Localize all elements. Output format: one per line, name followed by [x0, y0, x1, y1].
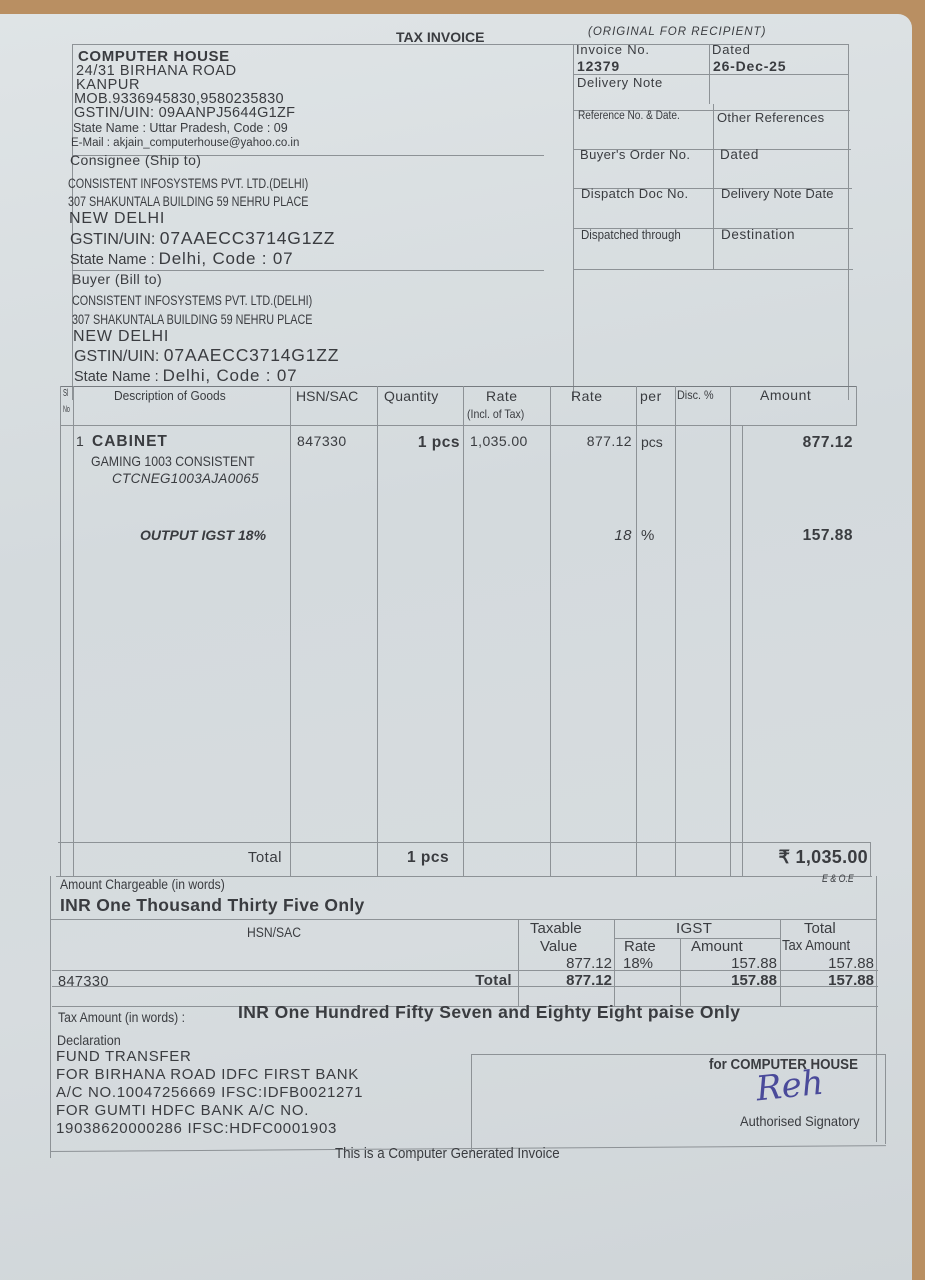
dispatch-doc-label: Dispatch Doc No. — [581, 187, 689, 200]
buyer-state: State Name : Delhi, Code : 07 — [74, 367, 297, 385]
col-rate-incl-sub: (Incl. of Tax) — [467, 408, 524, 420]
delivery-note-label: Delivery Note — [577, 76, 663, 89]
consignee-name: CONSISTENT INFOSYSTEMS PVT. LTD.(DELHI) — [68, 177, 308, 191]
item-rate: 877.12 — [555, 434, 632, 448]
buyer-gstin: GSTIN/UIN: 07AAECC3714G1ZZ — [74, 347, 339, 365]
total-amount: ₹ 1,035.00 — [730, 848, 868, 866]
item-rate-incl: 1,035.00 — [470, 434, 528, 448]
consignee-heading: Consignee (Ship to) — [70, 153, 201, 167]
buyer-name: CONSISTENT INFOSYSTEMS PVT. LTD.(DELHI) — [72, 294, 312, 308]
invoice-no-label: Invoice No. — [576, 43, 650, 56]
tax-row-amount: 157.88 — [682, 956, 777, 971]
col-per: per — [640, 389, 662, 403]
col-hsn: HSN/SAC — [296, 389, 358, 403]
seller-email: E-Mail : akjain_computerhouse@yahoo.co.i… — [71, 138, 299, 150]
eoe-label: E & O.E — [822, 874, 854, 885]
tax-line-per: % — [641, 528, 654, 543]
tax-col-taxable: Taxable — [530, 921, 582, 936]
copy-label: (ORIGINAL FOR RECIPIENT) — [588, 27, 766, 39]
seller-gstin: GSTIN/UIN: 09AANPJ5644G1ZF — [74, 106, 295, 121]
document-title: TAX INVOICE — [396, 30, 484, 44]
consignee-city: NEW DELHI — [69, 211, 165, 227]
consignee-gstin: GSTIN/UIN: 07AAECC3714G1ZZ — [70, 230, 335, 248]
buyer-city: NEW DELHI — [73, 329, 169, 345]
col-amount: Amount — [760, 388, 811, 402]
footer-note: This is a Computer Generated Invoice — [335, 1147, 560, 1162]
col-sl-no: No — [63, 405, 70, 414]
col-sl: Sl — [63, 389, 68, 399]
col-disc: Disc. % — [677, 389, 714, 401]
dispatched-through-label: Dispatched through — [581, 229, 681, 242]
tax-col-total: Total — [804, 921, 836, 936]
declaration-line: FOR GUMTI HDFC BANK A/C NO. — [56, 1103, 309, 1118]
tax-col-igst-rate: Rate — [624, 939, 656, 954]
item-sub-name: GAMING 1003 CONSISTENT — [91, 454, 255, 468]
buyer-heading: Buyer (Bill to) — [72, 272, 162, 286]
consignee-state: State Name : Delhi, Code : 07 — [70, 250, 293, 268]
tax-words-value: INR One Hundred Fifty Seven and Eighty E… — [238, 1004, 740, 1022]
declaration-line: FOR BIRHANA ROAD IDFC FIRST BANK — [56, 1067, 359, 1082]
tax-row-rate: 18% — [623, 956, 653, 971]
item-quantity: 1 pcs — [380, 435, 460, 451]
tax-line-label: OUTPUT IGST 18% — [140, 528, 266, 542]
buyers-order-dated-label: Dated — [720, 148, 759, 162]
tax-line-amount: 157.88 — [745, 528, 853, 544]
item-per: pcs — [641, 435, 663, 449]
declaration-line: FUND TRANSFER — [56, 1049, 192, 1064]
declaration-label: Declaration — [57, 1033, 121, 1047]
seller-name: COMPUTER HOUSE — [78, 49, 230, 64]
declaration-line: 19038620000286 IFSC:HDFC0001903 — [56, 1121, 337, 1136]
tax-col-igst: IGST — [676, 921, 712, 936]
buyer-address: 307 SHAKUNTALA BUILDING 59 NEHRU PLACE — [72, 313, 312, 327]
tax-total-total: 157.88 — [782, 973, 874, 988]
tax-line-rate: 18 — [555, 528, 632, 543]
seller-state: State Name : Uttar Pradesh, Code : 09 — [73, 122, 288, 135]
item-amount: 877.12 — [745, 435, 853, 451]
invoice-no: 12379 — [577, 59, 620, 73]
tax-col-igst-amount: Amount — [691, 939, 743, 954]
tax-col-total-sub: Tax Amount — [782, 939, 850, 954]
col-rate-incl: Rate — [486, 389, 518, 403]
destination-label: Destination — [721, 228, 795, 242]
tax-total-amount: 157.88 — [682, 973, 777, 988]
tax-total-taxable: 877.12 — [520, 973, 612, 988]
item-name: CABINET — [92, 434, 168, 450]
total-quantity: 1 pcs — [407, 850, 449, 866]
signatory-label: Authorised Signatory — [740, 1114, 860, 1128]
col-description: Description of Goods — [114, 389, 226, 402]
tax-total-label: Total — [420, 973, 512, 988]
item-sl: 1 — [76, 434, 84, 448]
consignee-address: 307 SHAKUNTALA BUILDING 59 NEHRU PLACE — [68, 195, 308, 209]
col-quantity: Quantity — [384, 389, 439, 403]
tax-row-total: 157.88 — [782, 956, 874, 971]
tax-words-label: Tax Amount (in words) : — [58, 1011, 185, 1025]
amount-words-label: Amount Chargeable (in words) — [60, 878, 225, 892]
reference-label: Reference No. & Date. — [578, 111, 680, 123]
signature-mark: Reh — [754, 1063, 825, 1110]
tax-col-hsn: HSN/SAC — [247, 926, 301, 940]
invoice-paper: TAX INVOICE (ORIGINAL FOR RECIPIENT) COM… — [0, 14, 912, 1280]
declaration-line: A/C NO.10047256669 IFSC:IDFB0021271 — [56, 1085, 363, 1100]
dated-label: Dated — [712, 43, 751, 56]
tax-col-taxable-sub: Value — [540, 939, 577, 954]
amount-words-value: INR One Thousand Thirty Five Only — [60, 897, 365, 915]
other-references-label: Other References — [717, 111, 824, 124]
tax-row-taxable: 877.12 — [520, 956, 612, 971]
item-hsn: 847330 — [297, 434, 347, 448]
item-serial: CTCNEG1003AJA0065 — [112, 472, 259, 486]
total-label: Total — [180, 850, 282, 865]
buyers-order-label: Buyer's Order No. — [580, 148, 690, 161]
tax-row-hsn: 847330 — [58, 975, 109, 990]
col-rate: Rate — [571, 389, 603, 403]
invoice-date: 26-Dec-25 — [713, 59, 786, 73]
delivery-note-date-label: Delivery Note Date — [721, 187, 834, 200]
